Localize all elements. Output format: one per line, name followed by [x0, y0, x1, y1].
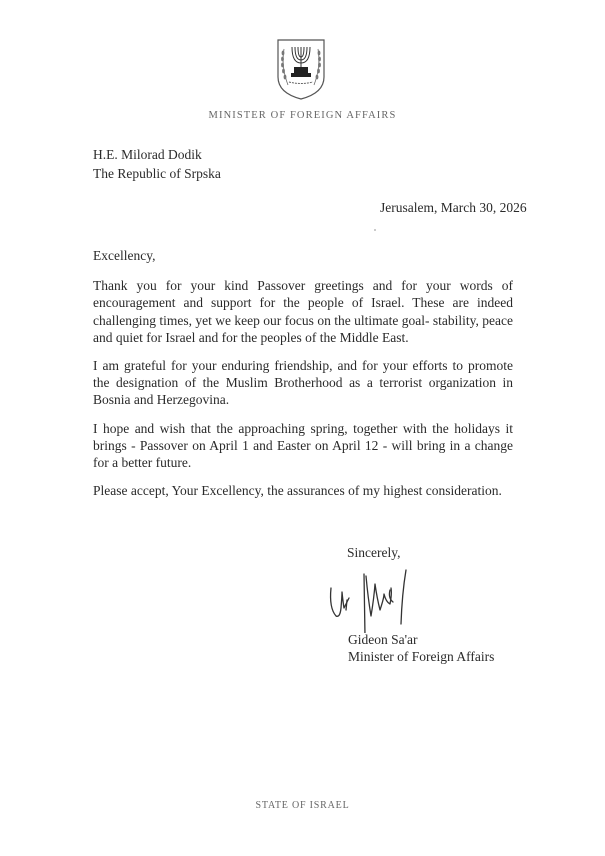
- dateline: Jerusalem, March 30, 2026: [380, 200, 527, 216]
- salutation: Excellency,: [93, 247, 513, 264]
- letter-body: Excellency, Thank you for your kind Pass…: [93, 247, 513, 510]
- signer-title: Minister of Foreign Affairs: [348, 648, 494, 665]
- recipient-name: H.E. Milorad Dodik: [93, 145, 221, 164]
- handwritten-signature: [328, 568, 438, 633]
- signer-block: Gideon Sa'ar Minister of Foreign Affairs: [348, 631, 494, 665]
- state-emblem-menorah-icon: [274, 37, 328, 101]
- signer-name: Gideon Sa'ar: [348, 631, 494, 648]
- letterhead-title: MINISTER OF FOREIGN AFFAIRS: [0, 110, 605, 121]
- paragraph-holidays: I hope and wish that the approaching spr…: [93, 420, 513, 472]
- recipient-entity: The Republic of Srpska: [93, 164, 221, 183]
- recipient-block: H.E. Milorad Dodik The Republic of Srpsk…: [93, 145, 221, 183]
- scan-speck: [374, 229, 376, 231]
- paragraph-greeting-thanks: Thank you for your kind Passover greetin…: [93, 277, 513, 346]
- paragraph-consideration: Please accept, Your Excellency, the assu…: [93, 482, 513, 499]
- footer-state-name: STATE OF ISRAEL: [0, 800, 605, 811]
- paragraph-friendship: I am grateful for your enduring friendsh…: [93, 357, 513, 409]
- closing: Sincerely,: [347, 545, 400, 561]
